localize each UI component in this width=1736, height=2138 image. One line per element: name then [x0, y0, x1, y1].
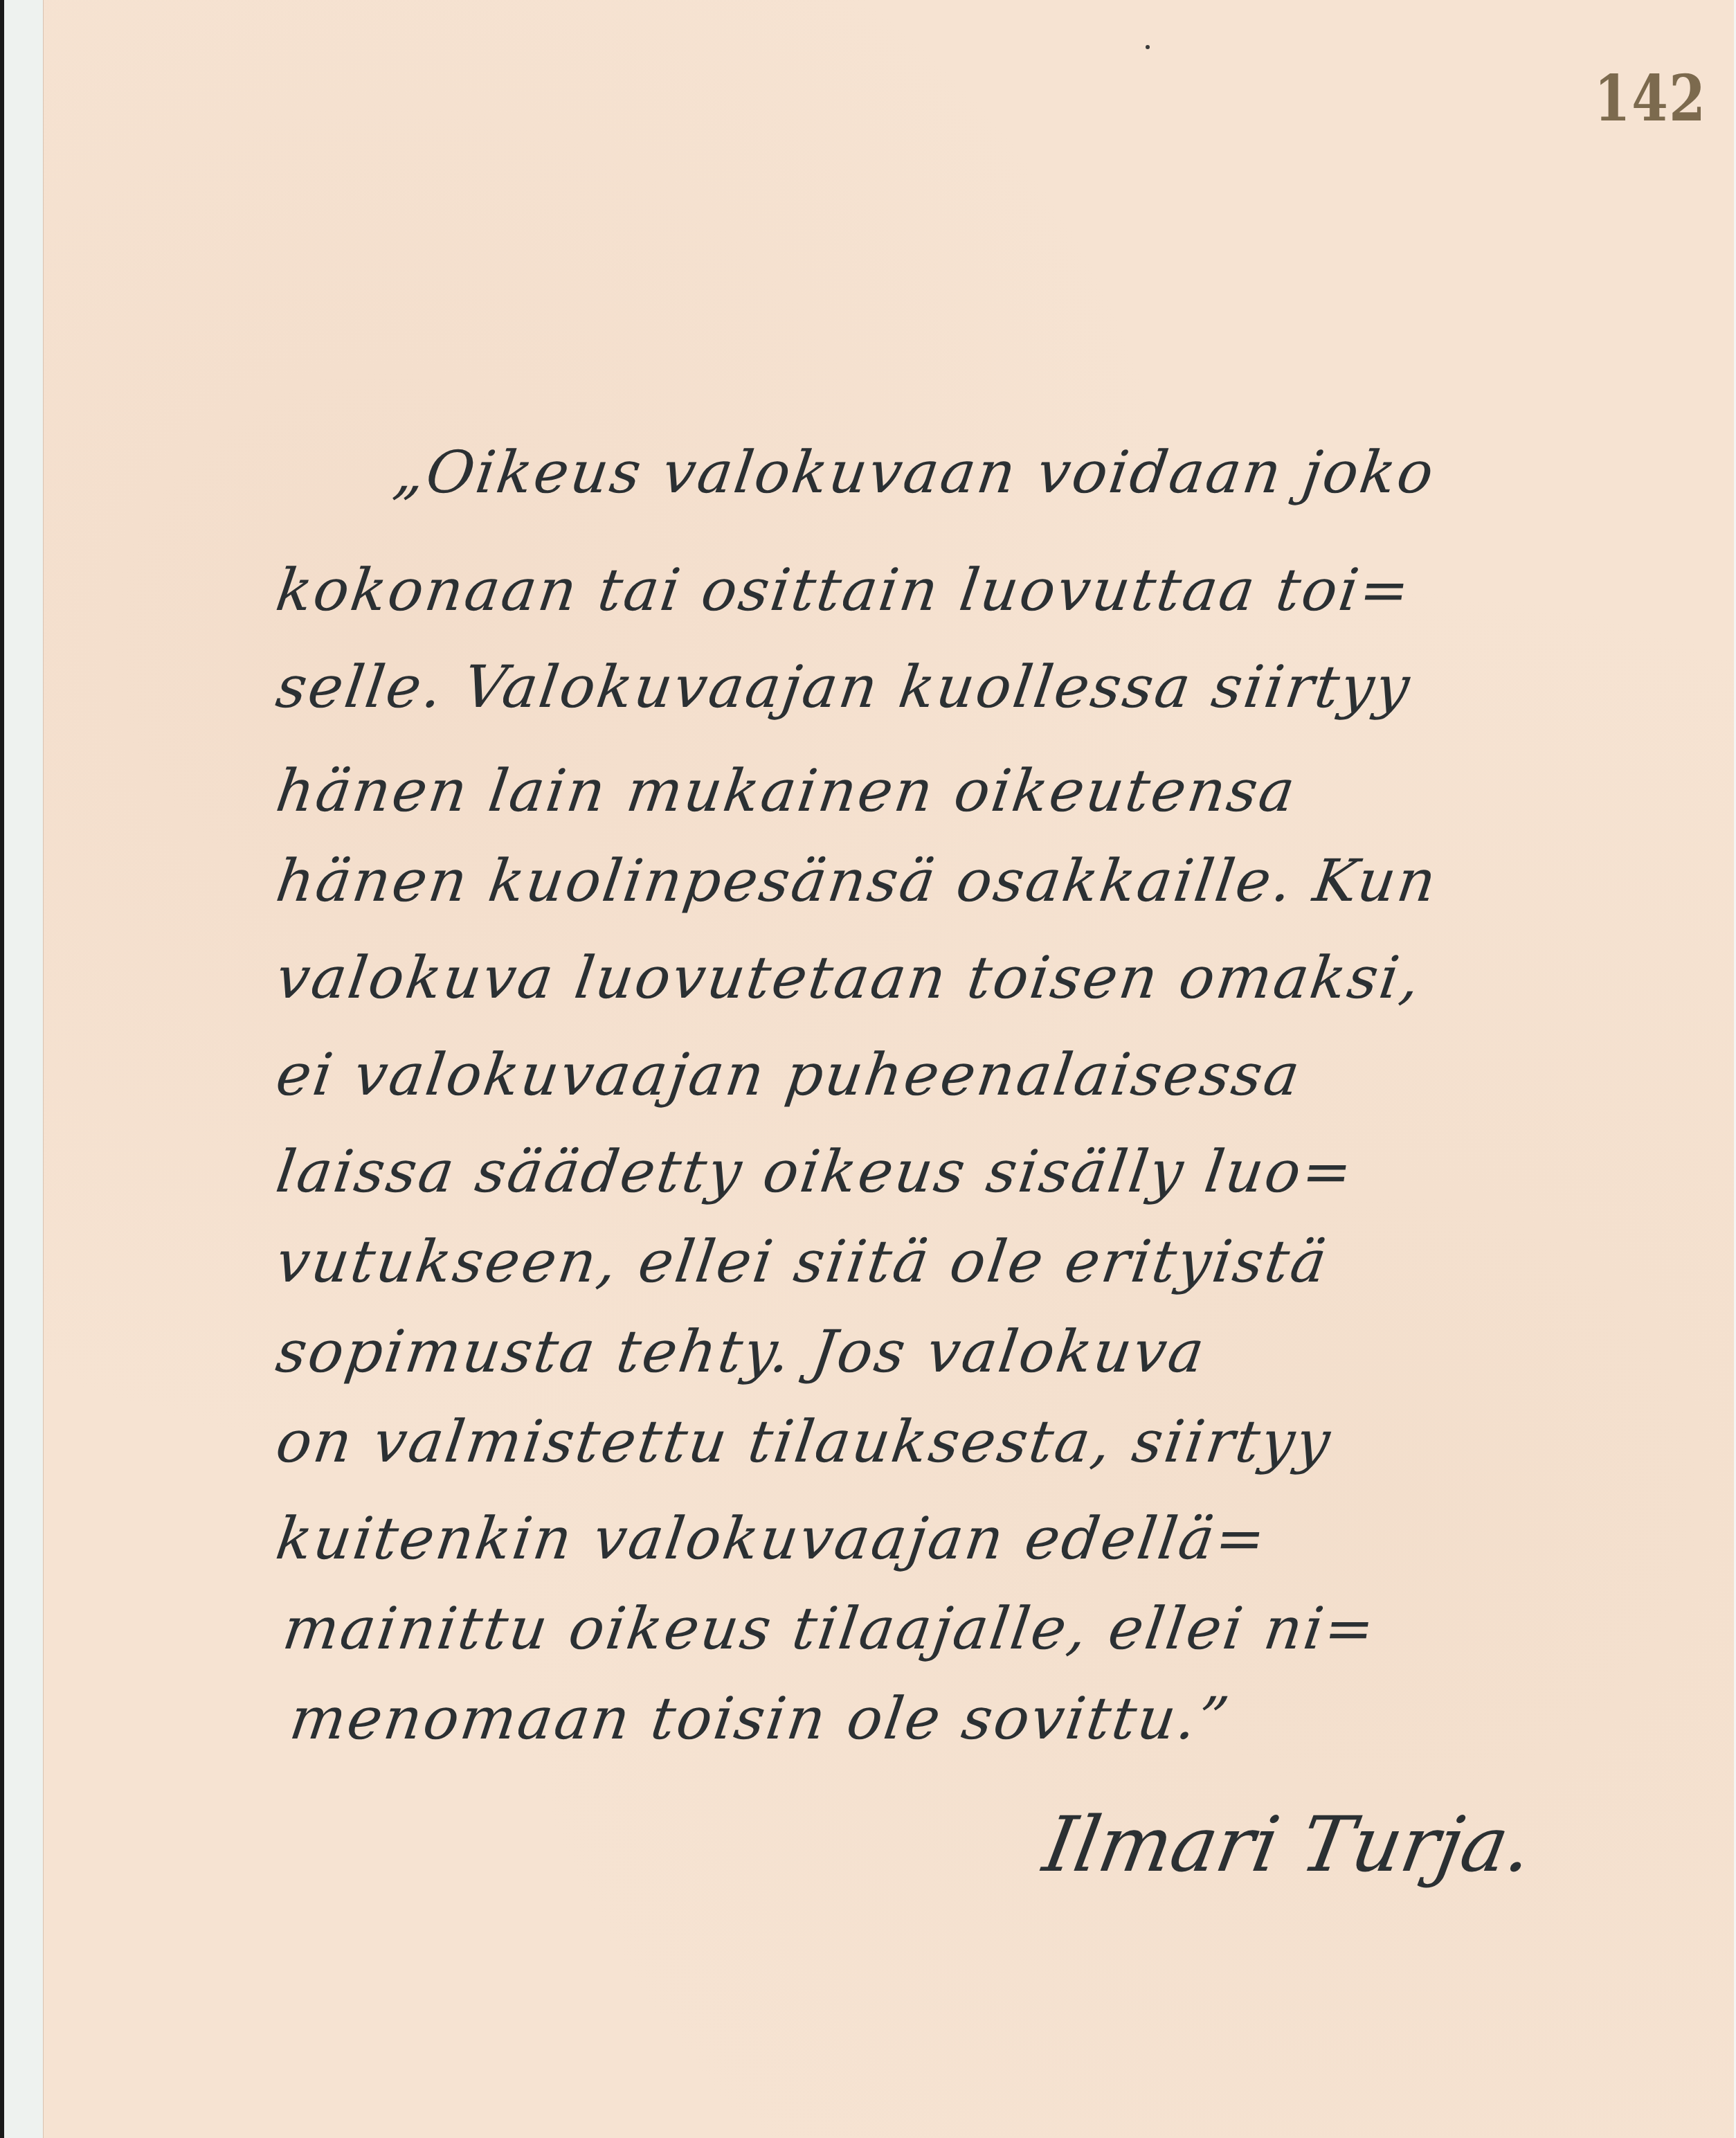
text-line-4: hänen lain mukainen oikeutensa: [273, 762, 1300, 820]
scanned-page: 142 „Oikeus valokuvaan voidaan joko koko…: [0, 0, 1736, 2138]
text-line-10: sopimusta tehty. Jos valokuva: [273, 1322, 1209, 1381]
text-line-6: valokuva luovutetaan toisen omaksi,: [273, 949, 1425, 1007]
text-line-7: ei valokuvaajan puheenalaisessa: [273, 1045, 1305, 1104]
text-line-12: kuitenkin valokuvaajan edellä=: [273, 1509, 1271, 1567]
text-line-11: on valmistettu tilauksesta, siirtyy: [273, 1412, 1335, 1471]
page-number: 142: [1594, 61, 1706, 136]
text-line-13: mainittu oikeus tilaajalle, ellei ni=: [280, 1599, 1380, 1658]
text-line-8: laissa säädetty oikeus sisälly luo=: [273, 1142, 1357, 1201]
text-line-1: „Oikeus valokuvaan voidaan joko: [390, 443, 1439, 501]
text-line-5: hänen kuolinpesänsä osakkaille. Kun: [273, 852, 1441, 910]
text-line-14: menomaan toisin ole sovittu.”: [287, 1689, 1234, 1748]
text-line-3: selle. Valokuvaajan kuollessa siirtyy: [273, 658, 1415, 716]
text-line-2: kokonaan tai osittain luovuttaa toi=: [273, 561, 1415, 619]
signature: Ilmari Turja.: [1038, 1800, 1539, 1889]
paper-speck: [1146, 45, 1150, 49]
text-line-9: vutukseen, ellei siitä ole erityistä: [273, 1232, 1332, 1291]
scanner-edge-white: [4, 0, 43, 2138]
